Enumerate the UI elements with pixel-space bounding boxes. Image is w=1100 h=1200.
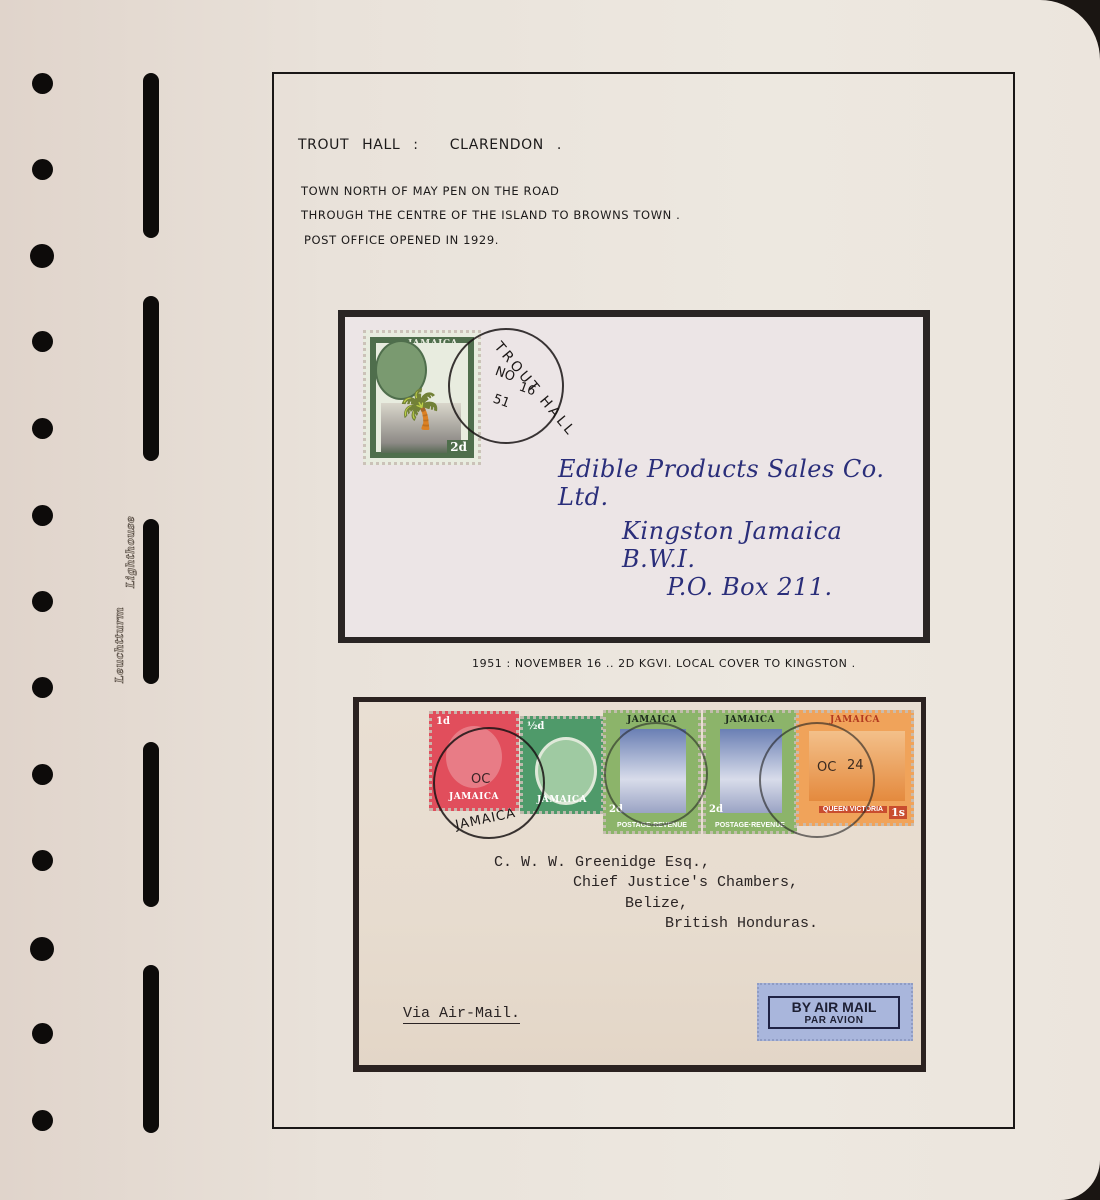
album-page: Leuchtturm Lighthouse Trout Hall : Clare… <box>0 0 1100 1200</box>
postmark-day: 24 <box>847 758 864 773</box>
brand-label-lighthouse: Lighthouse <box>124 516 137 588</box>
cover-caption: 1951 : November 16 .. 2d KGVI. Local Cov… <box>472 657 856 670</box>
address-line-1: C. W. W. Greenidge Esq., <box>494 854 710 871</box>
binder-hole <box>32 764 53 785</box>
postmark-trout-hall <box>604 722 708 826</box>
postmark-month: OC <box>471 772 490 787</box>
binder-hole <box>32 850 53 871</box>
palm-tree-icon: 🌴 <box>396 388 443 432</box>
binder-hole <box>32 418 53 439</box>
binder-slot <box>143 296 159 461</box>
cover-1951: JAMAICA 🌴 2d NO 16 51 TROUT HALL Edible … <box>345 317 923 637</box>
binder-hole <box>32 159 53 180</box>
binder-slot <box>143 965 159 1133</box>
binder-hole <box>30 244 54 268</box>
airmail-label-line1: BY AIR MAIL <box>770 999 898 1015</box>
binder-hole <box>30 937 54 961</box>
binder-slot <box>143 742 159 907</box>
address-line-1: Edible Products Sales Co. Ltd. <box>558 455 923 511</box>
note-line: Post office opened in 1929. <box>304 233 499 247</box>
address-line-3: P.O. Box 211. <box>667 573 833 601</box>
address-line-2: Kingston Jamaica B.W.I. <box>622 517 923 573</box>
postmark-month: OC <box>817 760 836 775</box>
binder-hole <box>32 1023 53 1044</box>
address-line-4: British Honduras. <box>665 915 818 932</box>
note-line: Through the Centre of the Island to Brow… <box>301 208 680 222</box>
stamp-value: 1d <box>436 716 450 727</box>
binder-hole <box>32 1110 53 1131</box>
stamp-country: JAMAICA <box>706 715 794 725</box>
stamp-value: 1s <box>889 806 907 819</box>
stamp-value: ½d <box>527 721 544 732</box>
binder-hole <box>32 73 53 94</box>
binder-hole <box>32 677 53 698</box>
note-line: Town North of May Pen on the Road <box>301 184 559 198</box>
airmail-label: BY AIR MAIL PAR AVION <box>757 983 913 1041</box>
binder-hole <box>32 331 53 352</box>
binder-slot <box>143 519 159 684</box>
address-line-2: Chief Justice's Chambers, <box>573 874 798 891</box>
binder-slot <box>143 73 159 238</box>
postmark-trout-hall <box>759 722 875 838</box>
via-airmail-note: Via Air-Mail. <box>403 1005 520 1024</box>
title-parish: Clarendon . <box>450 137 562 153</box>
stamp-value: 2d <box>709 804 723 815</box>
title-place: Trout Hall : <box>298 137 419 153</box>
brand-label-leuchtturm: Leuchtturm <box>113 607 126 683</box>
binder-hole <box>32 505 53 526</box>
page-title: Trout Hall : Clarendon . <box>298 137 562 153</box>
stamp-value: 2d <box>447 440 470 454</box>
address-line-3: Belize, <box>625 895 688 912</box>
binder-hole <box>32 591 53 612</box>
airmail-label-line2: PAR AVION <box>770 1015 898 1027</box>
